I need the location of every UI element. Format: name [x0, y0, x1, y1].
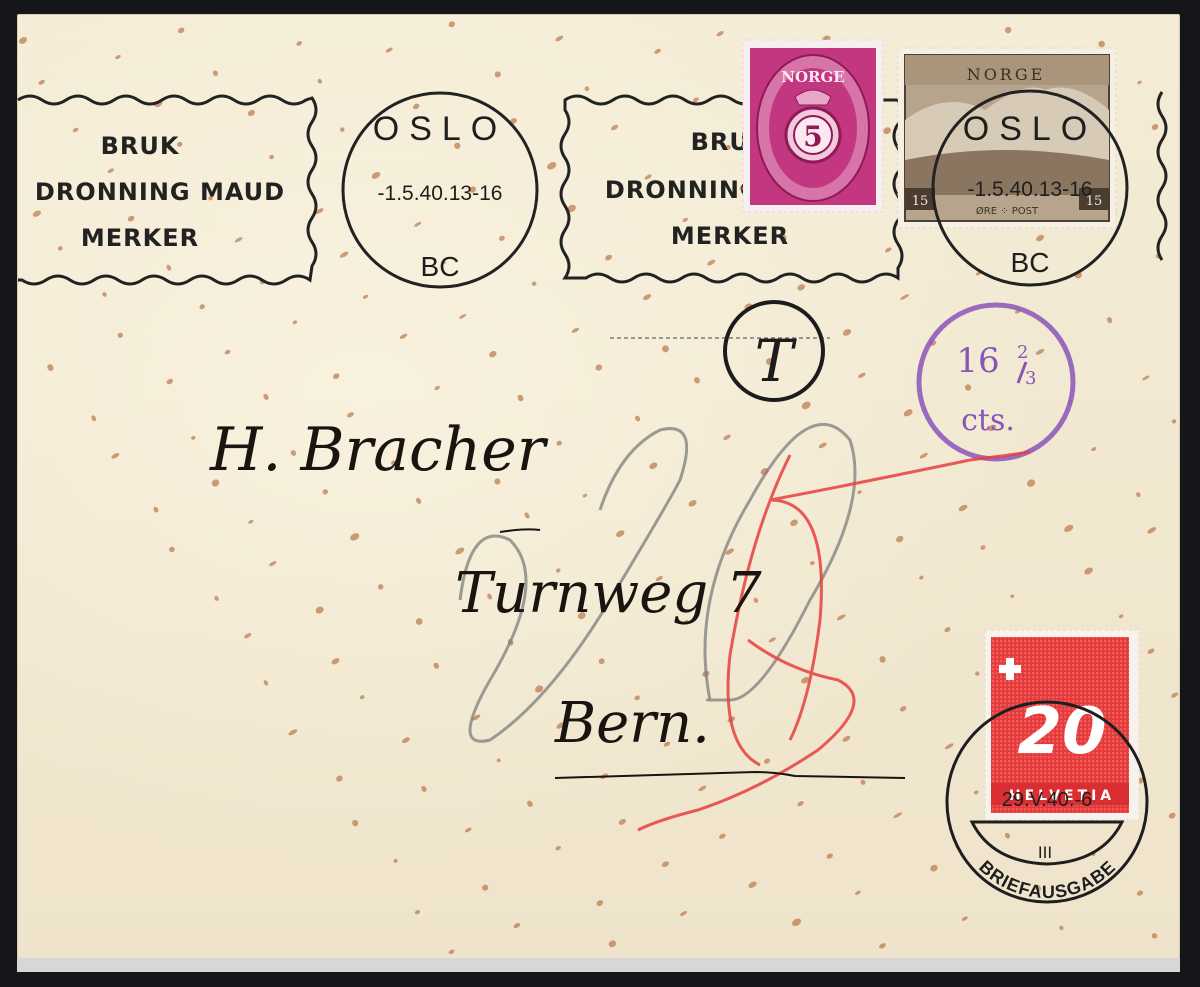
oslo-postmark-1: OSLO -1.5.40.13-16 BC — [343, 93, 537, 287]
svg-text:3: 3 — [1025, 368, 1036, 389]
tax-mark-t: T — [725, 302, 823, 400]
postmark-number: III — [1038, 843, 1052, 862]
postmark-office: BC — [421, 251, 460, 282]
svg-text:BC: BC — [1011, 247, 1050, 278]
postmark-date: 29.V.40.-6 — [1002, 789, 1092, 811]
stamp-value-left: 15 — [912, 194, 929, 209]
cover-artwork: BRUK DRONNING MAUD MERKER OSLO -1.5.40.1… — [0, 0, 1200, 987]
address-name: H. Bracher — [209, 415, 549, 485]
svg-text:cts.: cts. — [961, 403, 1015, 438]
svg-text:T: T — [755, 327, 798, 395]
svg-text:-1.5.40.13-16: -1.5.40.13-16 — [968, 178, 1093, 201]
slogan-cancel-right-fragment — [1158, 92, 1166, 260]
slogan-cancel-left: BRUK DRONNING MAUD MERKER — [18, 96, 316, 284]
stamp-caption: ØRE ⁘ POST — [976, 205, 1039, 217]
stamp-country: NORGE — [781, 68, 845, 86]
stamp-value: 5 — [803, 120, 822, 153]
slogan-line-3: MERKER — [81, 224, 199, 252]
slogan-line-2: DRONNING MAUD — [35, 178, 285, 206]
address-street: Turnweg 7 — [455, 561, 762, 626]
svg-text:16: 16 — [956, 341, 999, 381]
address-city: Bern. — [554, 691, 710, 756]
postmark-date: -1.5.40.13-16 — [378, 182, 503, 205]
svg-text:2: 2 — [1017, 342, 1028, 363]
svg-text:OSLO: OSLO — [963, 110, 1097, 148]
address-block: H. Bracher Turnweg 7 Bern. — [209, 415, 905, 778]
stamp-value: 20 — [1017, 695, 1106, 769]
stamp-norway-5-ore: 5 NORGE — [743, 40, 883, 212]
slogan-line-3: MERKER — [671, 222, 789, 250]
slogan-line-1: BRUK — [101, 132, 180, 160]
postmark-town: OSLO — [373, 110, 507, 148]
stamp-country: NORGE — [967, 65, 1046, 84]
postage-due-cts-mark: 16 2 3 cts. — [919, 305, 1073, 459]
